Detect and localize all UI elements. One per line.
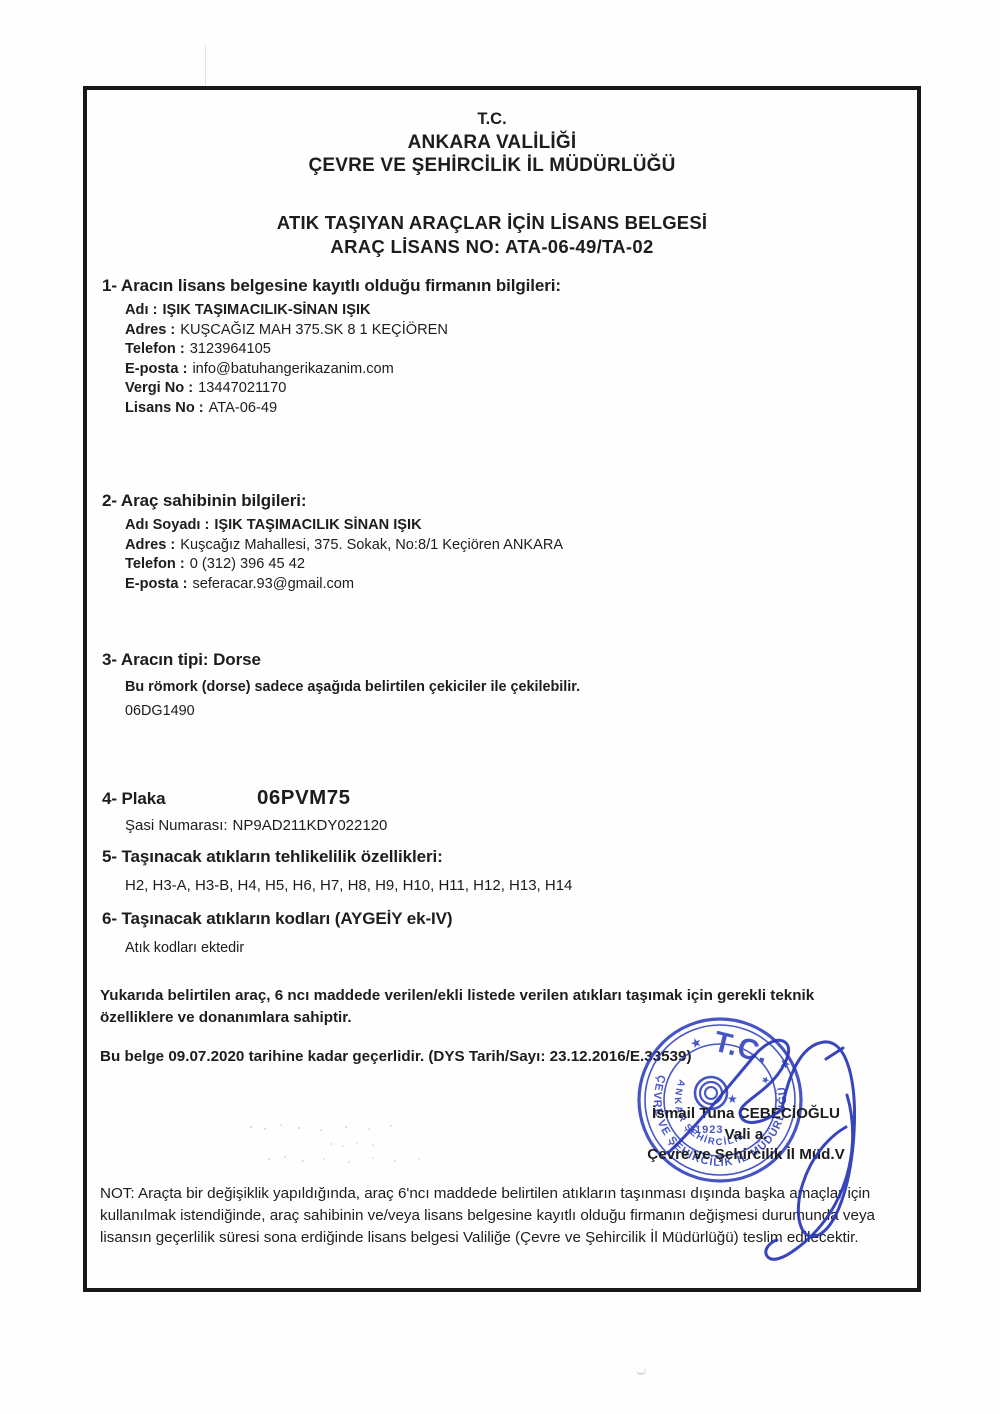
field-label: Telefon :: [125, 556, 185, 572]
section-5-heading: 5- Taşınacak atıkların tehlikelilik özel…: [102, 847, 443, 867]
field-label: Vergi No :: [125, 380, 193, 396]
field-value: 0 (312) 396 45 42: [190, 556, 305, 572]
field-row-phone: Telefon :0 (312) 396 45 42: [125, 555, 563, 575]
pencil-smudge: [250, 1126, 252, 1128]
field-value: 13447021170: [198, 380, 286, 396]
field-row-address: Adres :KUŞCAĞIZ MAH 375.SK 8 1 KEÇİÖREN: [125, 321, 448, 341]
field-label: Adı Soyadı :: [125, 517, 209, 533]
pencil-smudge: [330, 1143, 332, 1145]
field-value: IŞIK TAŞIMACILIK SİNAN IŞIK: [214, 517, 421, 533]
section-6-heading: 6- Taşınacak atıkların kodları (AYGEİY e…: [102, 909, 452, 929]
section-3-heading: 3- Aracın tipi: Dorse: [102, 650, 261, 670]
signature-stroke: [826, 1048, 843, 1059]
field-value: Kuşcağız Mahallesi, 375. Sokak, No:8/1 K…: [180, 537, 563, 553]
document-license-no: ARAÇ LİSANS NO: ATA-06-49/TA-02: [92, 236, 892, 258]
field-row-email: E-posta :seferacar.93@gmail.com: [125, 575, 563, 595]
field-value: 3123964105: [190, 341, 271, 357]
scan-smudge: [636, 1366, 646, 1375]
header-republic: T.C.: [92, 110, 892, 129]
handwritten-signature: [600, 1015, 900, 1285]
scanned-license-document: T.C. ANKARA VALİLİĞİ ÇEVRE VE ŞEHİRCİLİK…: [0, 0, 1000, 1414]
section-2-heading: 2- Araç sahibinin bilgileri:: [102, 491, 306, 511]
section-2-fields: Adı Soyadı :IŞIK TAŞIMACILIK SİNAN IŞIK …: [125, 516, 563, 594]
section-1-heading: 1- Aracın lisans belgesine kayıtlı olduğ…: [102, 276, 561, 296]
waste-codes-note: Atık kodları ektedir: [125, 940, 244, 956]
chassis-label: Şasi Numarası:: [125, 817, 228, 834]
chassis-value: NP9AD211KDY022120: [233, 817, 388, 834]
field-label: Adı :: [125, 302, 157, 318]
header-governorship: ANKARA VALİLİĞİ: [92, 132, 892, 154]
scan-artifact-line: [205, 45, 206, 86]
field-label: Lisans No :: [125, 400, 204, 416]
field-value: info@batuhangerikazanim.com: [192, 361, 393, 377]
field-row-address: Adres :Kuşcağız Mahallesi, 375. Sokak, N…: [125, 536, 563, 556]
field-row-ownername: Adı Soyadı :IŞIK TAŞIMACILIK SİNAN IŞIK: [125, 516, 563, 536]
trailer-note: Bu römork (dorse) sadece aşağıda belirti…: [125, 679, 580, 695]
field-row-licenseno: Lisans No :ATA-06-49: [125, 399, 448, 419]
signature-stroke: [668, 1040, 789, 1153]
tractor-plate: 06DG1490: [125, 703, 195, 719]
hazard-codes: H2, H3-A, H3-B, H4, H5, H6, H7, H8, H9, …: [125, 877, 572, 894]
field-row-phone: Telefon :3123964105: [125, 340, 448, 360]
field-label: E-posta :: [125, 576, 187, 592]
field-label: Adres :: [125, 537, 175, 553]
document-title: ATIK TAŞIYAN ARAÇLAR İÇİN LİSANS BELGESİ: [92, 212, 892, 234]
field-row-taxno: Vergi No :13447021170: [125, 379, 448, 399]
header-directorate: ÇEVRE VE ŞEHİRCİLİK İL MÜDÜRLÜĞÜ: [92, 155, 892, 177]
field-value: seferacar.93@gmail.com: [192, 576, 354, 592]
chassis-row: Şasi Numarası:NP9AD211KDY022120: [125, 817, 387, 834]
section-4-heading: 4- Plaka: [102, 789, 165, 809]
field-label: E-posta :: [125, 361, 187, 377]
field-row-name: Adı :IŞIK TAŞIMACILIK-SİNAN IŞIK: [125, 301, 448, 321]
field-value: ATA-06-49: [209, 400, 277, 416]
signature-stroke: [782, 1042, 855, 1237]
section-1-fields: Adı :IŞIK TAŞIMACILIK-SİNAN IŞIK Adres :…: [125, 301, 448, 419]
field-label: Telefon :: [125, 341, 185, 357]
field-value: IŞIK TAŞIMACILIK-SİNAN IŞIK: [162, 302, 370, 318]
field-value: KUŞCAĞIZ MAH 375.SK 8 1 KEÇİÖREN: [180, 322, 448, 338]
plate-number: 06PVM75: [257, 786, 351, 810]
field-label: Adres :: [125, 322, 175, 338]
field-row-email: E-posta :info@batuhangerikazanim.com: [125, 360, 448, 380]
pencil-smudge: [268, 1158, 270, 1160]
